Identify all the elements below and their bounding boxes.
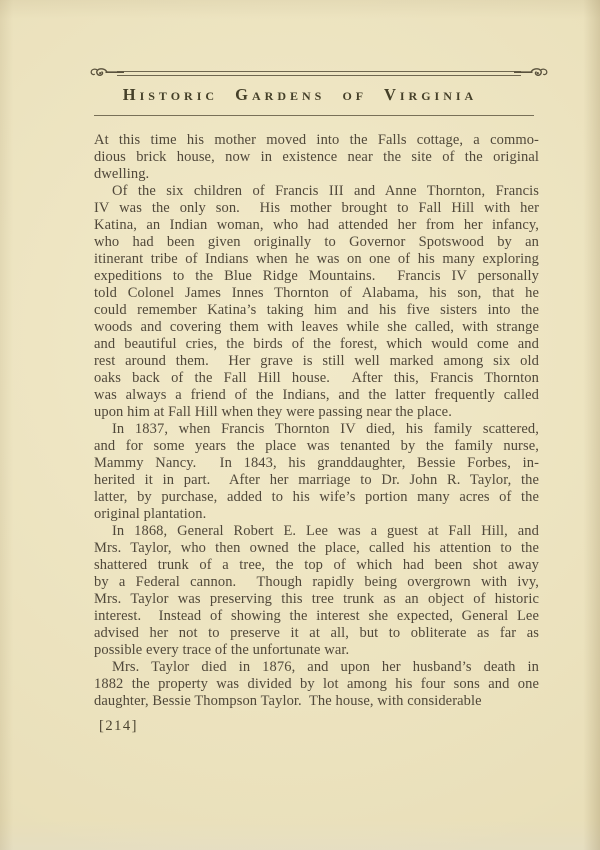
- text-line: Mrs. Taylor was preserving this tree tru…: [94, 591, 539, 608]
- text-line: and for some years the place was tenante…: [94, 438, 539, 455]
- text-line: Katina, an Indian woman, who had attende…: [94, 217, 539, 234]
- scroll-ornament-right-icon: [514, 66, 548, 80]
- text-line: original plantation.: [94, 506, 539, 523]
- text-line: possible every trace of the unfortunate …: [94, 642, 539, 659]
- text-line: Mammy Nancy. In 1843, his granddaughter,…: [94, 455, 539, 472]
- text-line: herited it in part. After her marriage t…: [94, 472, 539, 489]
- text-line: by a Federal cannon. Though rapidly bein…: [94, 574, 539, 591]
- text-line: daughter, Bessie Thompson Taylor. The ho…: [94, 693, 539, 710]
- text-line: shattered trunk of a tree, the top of wh…: [94, 557, 539, 574]
- text-line: rest around them. Her grave is still wel…: [94, 353, 539, 370]
- book-page: Historic Gardens of Virginia At this tim…: [0, 0, 600, 850]
- text-line: latter, by purchase, added to his wife’s…: [94, 489, 539, 506]
- body-text: At this time his mother moved into the F…: [94, 132, 539, 710]
- text-line: Mrs. Taylor died in 1876, and upon her h…: [94, 659, 539, 676]
- text-line: oaks back of the Fall Hill house. After …: [94, 370, 539, 387]
- text-line: In 1837, when Francis Thornton IV died, …: [94, 421, 539, 438]
- double-rule-line: [117, 71, 521, 76]
- text-line: At this time his mother moved into the F…: [94, 132, 539, 149]
- text-line: Mrs. Taylor, who then owned the place, c…: [94, 540, 539, 557]
- header-rule: [94, 115, 534, 116]
- text-line: could remember Katina’s taking him and h…: [94, 302, 539, 319]
- text-line: dwelling.: [94, 166, 539, 183]
- page-number: [214]: [99, 718, 138, 735]
- text-line: Of the six children of Francis III and A…: [94, 183, 539, 200]
- header-ornament-rule: [90, 66, 548, 80]
- text-line: woods and covering them with leaves whil…: [94, 319, 539, 336]
- page-title: Historic Gardens of Virginia: [0, 85, 600, 105]
- text-line: expeditions to the Blue Ridge Mountains.…: [94, 268, 539, 285]
- text-line: told Colonel James Innes Thornton of Ala…: [94, 285, 539, 302]
- text-line: was always a friend of the Indians, and …: [94, 387, 539, 404]
- text-line: and beautiful cries, the birds of the fo…: [94, 336, 539, 353]
- text-line: itinerant tribe of Indians when he was o…: [94, 251, 539, 268]
- text-line: interest. Instead of showing the interes…: [94, 608, 539, 625]
- text-line: upon him at Fall Hill when they were pas…: [94, 404, 539, 421]
- text-line: who had been given originally to Governo…: [94, 234, 539, 251]
- text-line: IV was the only son. His mother brought …: [94, 200, 539, 217]
- text-line: 1882 the property was divided by lot amo…: [94, 676, 539, 693]
- text-line: dious brick house, now in existence near…: [94, 149, 539, 166]
- text-line: In 1868, General Robert E. Lee was a gue…: [94, 523, 539, 540]
- text-line: advised her not to preserve it at all, b…: [94, 625, 539, 642]
